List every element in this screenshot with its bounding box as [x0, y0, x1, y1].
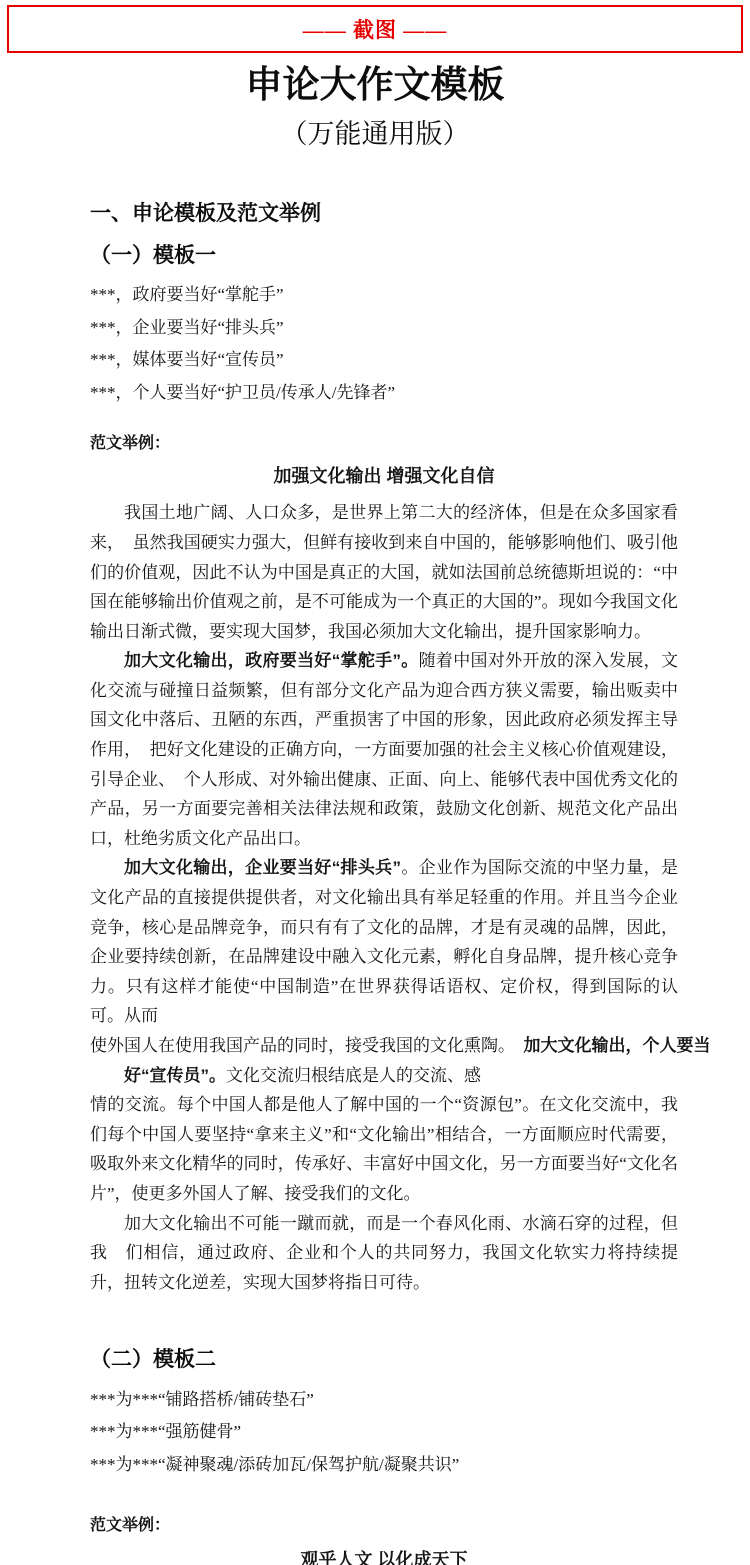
essay2-title: 观乎人文 以化成天下 [90, 1549, 678, 1565]
text-segment: 加大文化输出，企业要当好“排头兵” [124, 858, 401, 877]
page-title: 申论大作文模板 [0, 67, 750, 106]
essay-paragraph: 加大文化输出，政府要当好“掌舵手”。随着中国对外开放的深入发展，文 化交流与碰撞… [90, 646, 678, 853]
text-segment: 。企业作为国际交流的中坚力量，是 文化产品的直接提供提供者，对文化输出具有举足轻… [90, 858, 695, 1025]
text-segment: 文化交流归根结底是人的交流、感 [226, 1066, 481, 1085]
essay1-body: 我国土地广阔、人口众多，是世界上第二大的经济体，但是在众多国家看来， 虽然我国硬… [90, 498, 678, 1297]
template-line: ***为***“强筋健骨” [90, 1416, 690, 1449]
template-line: ***，媒体要当好“宣传员” [90, 344, 690, 377]
essay-paragraph: 加大文化输出不可能一蹴而就，而是一个春风化雨、水滴石穿的过程，但我 们相信，通过… [90, 1209, 678, 1298]
template2-example-label: 范文举例： [90, 1515, 678, 1537]
template1-example-label: 范文举例： [90, 433, 678, 455]
document-page: { "banner": { "label": "—— 截图 ——", "acce… [0, 0, 750, 1565]
template-line: ***为***“铺路搭桥/铺砖垫石” [90, 1384, 690, 1417]
essay-paragraph: 我国土地广阔、人口众多，是世界上第二大的经济体，但是在众多国家看来， 虽然我国硬… [90, 498, 678, 646]
essay-paragraph: 加大文化输出，企业要当好“排头兵”。企业作为国际交流的中坚力量，是 文化产品的直… [90, 853, 678, 1031]
template1-lines: ***，政府要当好“掌舵手”***，企业要当好“排头兵”***，媒体要当好“宣传… [90, 279, 690, 409]
text-segment: 随着中国对外开放的深入发展，文 化交流与碰撞日益频繁，但有部分文化产品为迎合西方… [90, 651, 695, 848]
template-line: ***，政府要当好“掌舵手” [90, 279, 690, 312]
text-segment: 好“宣传员”。 [124, 1066, 226, 1085]
text-segment: 加大文化输出不可能一蹴而就，而是一个春风化雨、水滴石穿的过程，但我 们相信，通过… [90, 1214, 678, 1292]
template2-heading: （二）模板二 [90, 1347, 678, 1373]
section-heading: 一、申论模板及范文举例 [90, 201, 678, 227]
essay1-title: 加强文化输出 增强文化自信 [90, 465, 678, 488]
essay-paragraph: 使外国人在使用我国产品的同时，接受我国的文化熏陶。 加大文化输出，个人要当 [90, 1031, 678, 1061]
screenshot-banner: —— 截图 —— [7, 5, 743, 53]
template-line: ***为***“凝神聚魂/添砖加瓦/保驾护航/凝聚共识” [90, 1449, 690, 1482]
text-segment: 情的交流。每个中国人都是他人了解中国的一个“资源包”。在文化交流中，我们每个中国… [90, 1095, 678, 1203]
template-line: ***，企业要当好“排头兵” [90, 312, 690, 345]
text-segment: 加大文化输出，政府要当好“掌舵手”。 [124, 651, 419, 670]
screenshot-banner-label: —— 截图 —— [303, 14, 448, 44]
essay-paragraph: 情的交流。每个中国人都是他人了解中国的一个“资源包”。在文化交流中，我们每个中国… [90, 1090, 678, 1208]
text-segment: 使外国人在使用我国产品的同时，接受我国的文化熏陶。 [90, 1036, 524, 1055]
template-line: ***，个人要当好“护卫员/传承人/先锋者” [90, 377, 690, 410]
text-segment: 加大文化输出，个人要当 [524, 1036, 711, 1055]
page-subtitle: （万能通用版） [0, 112, 750, 151]
text-segment: 我国土地广阔、人口众多，是世界上第二大的经济体，但是在众多国家看来， 虽然我国硬… [90, 503, 678, 640]
template1-heading: （一）模板一 [90, 243, 678, 269]
template2-lines: ***为***“铺路搭桥/铺砖垫石”***为***“强筋健骨”***为***“凝… [90, 1384, 690, 1482]
essay-paragraph: 好“宣传员”。文化交流归根结底是人的交流、感 [90, 1061, 678, 1091]
